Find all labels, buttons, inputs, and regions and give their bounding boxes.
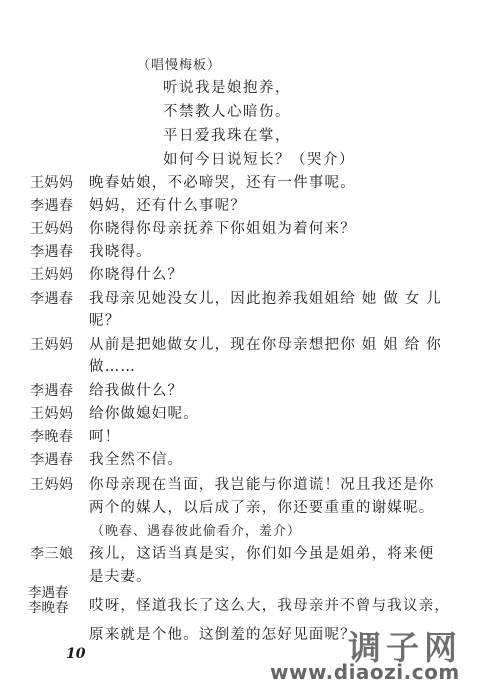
speaker-name: 李晚春 bbox=[28, 601, 69, 616]
speech-line: 晚春姑娘，不必啼哭，还有一件事呢。 bbox=[89, 171, 449, 192]
speaker-name: 王妈妈 bbox=[30, 334, 90, 354]
speaker-name: 李遇春 bbox=[30, 288, 90, 308]
verse-line: 不禁教人心暗伤。 bbox=[163, 100, 291, 121]
speaker-name: 王妈妈 bbox=[30, 474, 90, 494]
speech-line: 哎呀，怪道我长了这么大，我母亲并不曾与我议亲， bbox=[89, 594, 449, 615]
stage-direction: （晚春、遇春彼此偷看介，羞介） bbox=[91, 520, 301, 539]
speech-line: 你晓得什么？ bbox=[89, 263, 449, 284]
speech-line: 你母亲现在当面，我岂能与你道谎！况且我还是你 bbox=[89, 473, 449, 494]
speech-line: 给我做什么？ bbox=[89, 379, 449, 400]
speech-continuation: 是夫妻。 bbox=[89, 565, 152, 586]
verse-line: 如何今日说短长？（哭介） bbox=[163, 148, 355, 169]
speech-line: 给你做媳妇呢。 bbox=[89, 402, 449, 423]
speech-line: 妈妈，还有什么事呢？ bbox=[89, 194, 449, 215]
page-number: 10 bbox=[66, 646, 85, 662]
speech-line: 我全然不信。 bbox=[89, 448, 449, 469]
speaker-name: 王妈妈 bbox=[30, 403, 90, 423]
speaker-name: 李遇春 bbox=[28, 586, 69, 601]
speech-continuation: 呢？ bbox=[89, 309, 120, 330]
speaker-name: 王妈妈 bbox=[30, 172, 90, 192]
script-page: （唱慢梅板） 听说我是娘抱养， 不禁教人心暗伤。 平日爱我珠在掌， 如何今日说短… bbox=[0, 0, 493, 690]
speech-continuation: 两个的媒人，以后成了亲，你还要重重的谢媒呢。 bbox=[89, 496, 434, 517]
speech-line: 你晓得你母亲抚养下你姐姐为着何来？ bbox=[89, 217, 449, 238]
speech-line: 我晓得。 bbox=[89, 240, 449, 261]
speaker-name: 李遇春 bbox=[30, 449, 90, 469]
speaker-name: 王妈妈 bbox=[30, 218, 90, 238]
speech-continuation: 原来就是个他。这倒羞的怎好见面呢？ bbox=[89, 623, 356, 644]
verse-line: 平日爱我珠在掌， bbox=[163, 124, 291, 145]
speaker-name: 李遇春 bbox=[30, 241, 90, 261]
speaker-name: 王妈妈 bbox=[30, 264, 90, 284]
tune-label: （唱慢梅板） bbox=[137, 54, 221, 73]
speech-line: 我母亲见她没女儿，因此抱养我姐姐给 她 做 女 儿 bbox=[89, 287, 449, 308]
speaker-name: 李遇春 bbox=[30, 380, 90, 400]
dual-speaker-names: 李遇春 李晚春 bbox=[28, 586, 69, 616]
watermark-url: www.diaozi.com bbox=[270, 660, 460, 684]
speaker-name: 李遇春 bbox=[30, 195, 90, 215]
speaker-name: 李三娘 bbox=[30, 543, 90, 563]
speaker-name: 李晚春 bbox=[30, 426, 90, 446]
speech-line: 从前是把她做女儿，现在你母亲想把你 姐 姐 给 你 bbox=[89, 333, 449, 354]
speech-line: 孩儿，这话当真是实，你们如今虽是姐弟，将来便 bbox=[89, 542, 449, 563]
speech-continuation: 做…… bbox=[89, 355, 136, 376]
speech-line: 呵！ bbox=[89, 425, 449, 446]
verse-line: 听说我是娘抱养， bbox=[163, 76, 291, 97]
